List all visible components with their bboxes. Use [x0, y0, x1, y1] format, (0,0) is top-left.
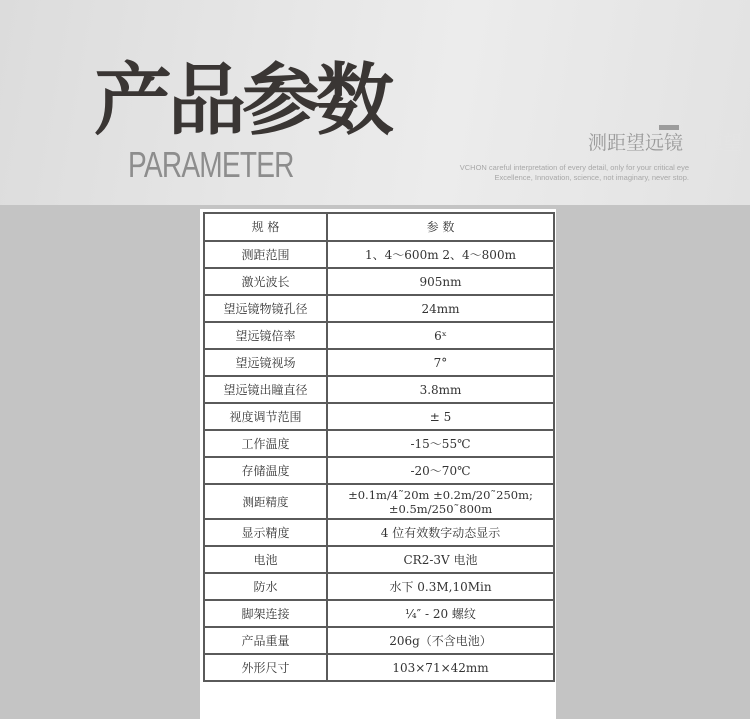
- spec-value: -20～70℃: [327, 457, 554, 484]
- page-title: 产品参数: [94, 56, 390, 146]
- spec-value: ± 5: [327, 403, 554, 430]
- spec-name: 外形尺寸: [204, 654, 327, 681]
- column-header-value: 参 数: [327, 213, 554, 241]
- spec-value: 6ˣ: [327, 322, 554, 349]
- spec-name: 望远镜出瞳直径: [204, 376, 327, 403]
- product-subtitle: 测距望远镜: [588, 131, 683, 155]
- spec-name: 显示精度: [204, 519, 327, 546]
- spec-value: 7°: [327, 349, 554, 376]
- table-row: 测距精度 ±0.1m/4˜20m ±0.2m/20˜250m; ±0.5m/25…: [204, 484, 554, 519]
- table-row: 望远镜视场 7°: [204, 349, 554, 376]
- spec-name: 激光波长: [204, 268, 327, 295]
- spec-name: 视度调节范围: [204, 403, 327, 430]
- table-row: 视度调节范围 ± 5: [204, 403, 554, 430]
- spec-name: 望远镜倍率: [204, 322, 327, 349]
- table-header-row: 规 格 参 数: [204, 213, 554, 241]
- spec-name: 产品重量: [204, 627, 327, 654]
- table-row: 望远镜出瞳直径 3.8mm: [204, 376, 554, 403]
- spec-name: 防水: [204, 573, 327, 600]
- spec-name: 存储温度: [204, 457, 327, 484]
- spec-value: 3.8mm: [327, 376, 554, 403]
- table-row: 产品重量 206g（不含电池）: [204, 627, 554, 654]
- table-row: 测距范围 1、4～600m 2、4～800m: [204, 241, 554, 268]
- table-row: 防水 水下 0.3M,10Min: [204, 573, 554, 600]
- spec-name: 脚架连接: [204, 600, 327, 627]
- spec-value: ¼″ - 20 螺纹: [327, 600, 554, 627]
- spec-value: 水下 0.3M,10Min: [327, 573, 554, 600]
- page-title-english: PARAMETER: [128, 144, 294, 186]
- spec-value: ±0.1m/4˜20m ±0.2m/20˜250m; ±0.5m/250˜800…: [327, 484, 554, 519]
- spec-name: 工作温度: [204, 430, 327, 457]
- spec-name: 电池: [204, 546, 327, 573]
- table-row: 激光波长 905nm: [204, 268, 554, 295]
- spec-table: 规 格 参 数 测距范围 1、4～600m 2、4～800m 激光波长 905n…: [203, 212, 555, 682]
- table-row: 工作温度 -15～55℃: [204, 430, 554, 457]
- spec-value: -15～55℃: [327, 430, 554, 457]
- table-row: 脚架连接 ¼″ - 20 螺纹: [204, 600, 554, 627]
- spec-value: 103×71×42mm: [327, 654, 554, 681]
- accent-bar: [659, 125, 679, 130]
- spec-name: 测距精度: [204, 484, 327, 519]
- spec-name: 望远镜物镜孔径: [204, 295, 327, 322]
- spec-value: 24mm: [327, 295, 554, 322]
- table-row: 望远镜倍率 6ˣ: [204, 322, 554, 349]
- spec-value: 905nm: [327, 268, 554, 295]
- table-row: 外形尺寸 103×71×42mm: [204, 654, 554, 681]
- table-row: 存储温度 -20～70℃: [204, 457, 554, 484]
- column-header-spec: 规 格: [204, 213, 327, 241]
- table-row: 显示精度 4 位有效数字动态显示: [204, 519, 554, 546]
- brand-slogan: VCHON careful interpretation of every de…: [449, 163, 689, 182]
- header-banner: 产品参数 PARAMETER 测距望远镜 测距望 VCHON careful i…: [0, 0, 750, 205]
- spec-value: CR2-3V 电池: [327, 546, 554, 573]
- spec-value: 206g（不含电池）: [327, 627, 554, 654]
- table-row: 望远镜物镜孔径 24mm: [204, 295, 554, 322]
- spec-name: 望远镜视场: [204, 349, 327, 376]
- spec-value: 4 位有效数字动态显示: [327, 519, 554, 546]
- product-subtitle-ghost: 测距望: [685, 131, 742, 155]
- table-row: 电池 CR2-3V 电池: [204, 546, 554, 573]
- spec-name: 测距范围: [204, 241, 327, 268]
- spec-value: 1、4～600m 2、4～800m: [327, 241, 554, 268]
